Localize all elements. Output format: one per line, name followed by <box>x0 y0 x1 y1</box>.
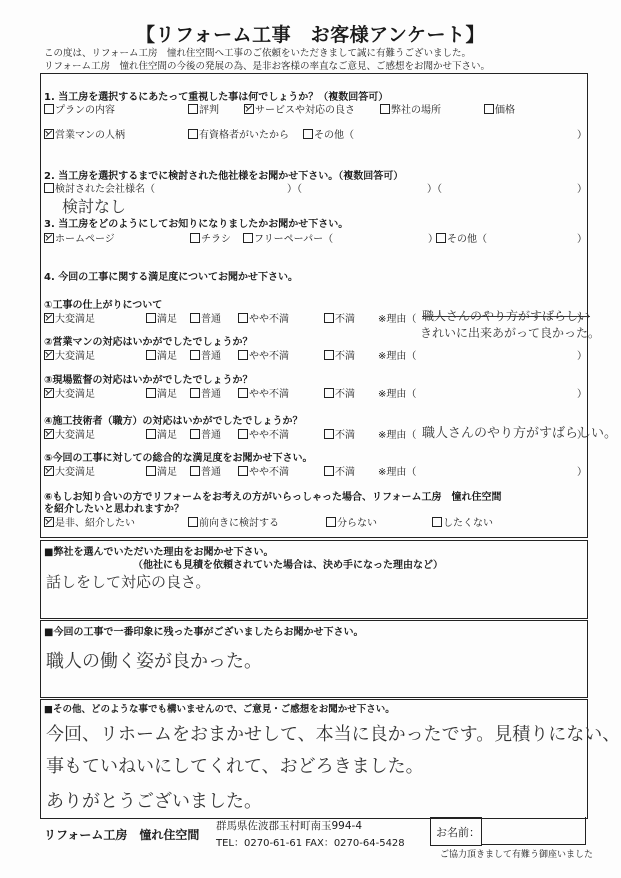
checkbox[interactable] <box>484 104 494 114</box>
q1-option-reputation[interactable]: 評判 <box>188 101 219 116</box>
q2-handwritten-answer[interactable]: 検討なし <box>62 194 126 217</box>
q4-reason-label: ※理由（ <box>378 426 416 441</box>
checkbox[interactable] <box>146 350 156 360</box>
reason-answer[interactable]: 話しをして対応の良さ。 <box>46 571 210 592</box>
q2-paren-1: ）（ <box>287 180 302 195</box>
checkbox[interactable] <box>243 233 253 243</box>
checkbox[interactable] <box>324 466 334 476</box>
q4-item-question: ⑤今回の工事に対しての総合的な満足度をお聞かせ下さい。 <box>44 449 312 464</box>
checkbox[interactable] <box>146 466 156 476</box>
checkbox[interactable] <box>238 429 248 439</box>
checkbox-checked[interactable] <box>244 104 254 114</box>
q4-heading: 4. 今回の工事に関する満足度についてお聞かせ下さい。 <box>44 268 298 283</box>
checkbox[interactable] <box>44 183 54 193</box>
reason-subheading: （他社にも見積を依頼されていた場合は、決め手になった理由など） <box>133 556 443 571</box>
q4-rating-option[interactable]: やや不満 <box>238 347 289 362</box>
q4-item-question: ②営業マンの対応はいかがでしたでしょうか？ <box>44 333 252 348</box>
q4-rating-option[interactable]: 不満 <box>324 310 355 325</box>
q4-rating-option[interactable]: 不満 <box>324 347 355 362</box>
checkbox[interactable] <box>238 388 248 398</box>
name-label: お名前： <box>436 824 480 840</box>
footer-address: 群馬県佐波郡玉村町南玉994-4 <box>216 818 362 833</box>
q3-close: ） <box>577 230 587 245</box>
q4-rating-option[interactable]: 満足 <box>146 385 177 400</box>
q2-paren-2: ）（ <box>427 180 442 195</box>
q3-option-other[interactable]: その他（ <box>436 230 487 245</box>
footer-contact: TEL：0270-61-61 FAX：0270-64-5428 <box>216 834 405 849</box>
q4-rating-option[interactable]: 大変満足 <box>44 385 95 400</box>
checkbox-checked[interactable] <box>44 350 54 360</box>
q4-rating-option[interactable]: 大変満足 <box>44 463 95 478</box>
checkbox[interactable] <box>44 104 54 114</box>
q4-item-question: ①工事の仕上がりについて <box>44 296 162 311</box>
checkbox[interactable] <box>190 313 200 323</box>
q4-rating-option[interactable]: やや不満 <box>238 385 289 400</box>
checkbox[interactable] <box>188 517 198 527</box>
q2-close: ） <box>577 180 587 195</box>
checkbox[interactable] <box>238 350 248 360</box>
q3-option-flyer[interactable]: チラシ <box>190 230 231 245</box>
checkbox-checked[interactable] <box>44 313 54 323</box>
checkbox[interactable] <box>146 313 156 323</box>
comments-answer-line-3[interactable]: ありがとうございました。 <box>46 787 262 813</box>
checkbox-checked[interactable] <box>44 429 54 439</box>
q4-reason-label: ※理由（ <box>378 463 416 478</box>
q4-rating-option[interactable]: 大変満足 <box>44 426 95 441</box>
thanks-note: ご協力頂きまして有難う御座いました <box>440 847 593 860</box>
checkbox[interactable] <box>190 350 200 360</box>
q4-rating-option[interactable]: 普通 <box>190 385 221 400</box>
checkbox[interactable] <box>324 388 334 398</box>
checkbox[interactable] <box>238 313 248 323</box>
q1-option-sales-personality[interactable]: 営業マンの人柄 <box>44 126 125 141</box>
checkbox[interactable] <box>238 466 248 476</box>
q4-rating-option[interactable]: 不満 <box>324 385 355 400</box>
q4-item-question: ④施工技術者（職方）の対応はいかがでしたでしょうか？ <box>44 412 302 427</box>
q4-rating-option[interactable]: 普通 <box>190 426 221 441</box>
q1-option-price[interactable]: 価格 <box>484 101 515 116</box>
checkbox[interactable] <box>432 517 442 527</box>
q3-question: 3. 当工房をどのようにしてお知りになりましたかお聞かせ下さい。 <box>44 215 348 230</box>
q1-option-other[interactable]: その他（ <box>303 126 354 141</box>
q4-rating-option[interactable]: やや不満 <box>238 426 289 441</box>
q4-rating-option[interactable]: 不満 <box>324 463 355 478</box>
survey-title: 【リフォーム工事 お客様アンケート】 <box>0 20 621 47</box>
q4-reason-label: ※理由（ <box>378 385 416 400</box>
checkbox[interactable] <box>188 129 198 139</box>
q4-rating-option[interactable]: 普通 <box>190 463 221 478</box>
q4-rating-option[interactable]: 普通 <box>190 347 221 362</box>
q4-reason-struck[interactable]: 職人さんのやり方がすばらしい <box>422 307 590 324</box>
q6-option-no[interactable]: したくない <box>432 514 493 529</box>
q4-rating-option[interactable]: 満足 <box>146 426 177 441</box>
q6-option-recommend[interactable]: 是非、紹介したい <box>44 514 135 529</box>
q6-option-consider[interactable]: 前向きに検討する <box>188 514 279 529</box>
q4-reason-close: ） <box>577 347 587 362</box>
q2-option-companies[interactable]: 検討された会社様名（ <box>44 180 155 195</box>
q4-reason-close: ） <box>577 385 587 400</box>
checkbox[interactable] <box>146 429 156 439</box>
checkbox[interactable] <box>188 104 198 114</box>
q1-option-service[interactable]: サービスや対応の良さ <box>244 101 355 116</box>
q4-rating-option[interactable]: やや不満 <box>238 310 289 325</box>
checkbox[interactable] <box>324 350 334 360</box>
checkbox[interactable] <box>190 429 200 439</box>
q4-reason-label: ※理由（ <box>378 347 416 362</box>
q1-option-qualified[interactable]: 有資格者がいたから <box>188 126 289 141</box>
checkbox[interactable] <box>324 313 334 323</box>
comments-answer-line-1[interactable]: 今回、リホームをおまかせして、本当に良かったです。見積りにない、 <box>46 720 620 746</box>
q6-option-unsure[interactable]: 分らない <box>326 514 377 529</box>
impression-answer[interactable]: 職人の働く姿が良かった。 <box>46 647 262 673</box>
q4-rating-option[interactable]: 満足 <box>146 463 177 478</box>
checkbox[interactable] <box>326 517 336 527</box>
checkbox-checked[interactable] <box>44 233 54 243</box>
checkbox-checked[interactable] <box>44 466 54 476</box>
impression-heading: ■今回の工事で一番印象に残った事がございましたらお聞かせ下さい。 <box>44 623 363 638</box>
comments-heading: ■その他、どのような事でも構いませんので、ご意見・ご感想をお聞かせ下さい。 <box>44 701 395 715</box>
q4-item-question: ③現場監督の対応はいかがでしたでしょうか？ <box>44 371 252 386</box>
checkbox[interactable] <box>190 233 200 243</box>
checkbox[interactable] <box>190 466 200 476</box>
q4-rating-option[interactable]: 満足 <box>146 347 177 362</box>
q4-rating-option[interactable]: 満足 <box>146 310 177 325</box>
intro-line-2: リフォーム工房 憧れ住空間の今後の発展の為、是非お客様の率直なご意見、ご感想をお… <box>44 58 490 72</box>
checkbox[interactable] <box>436 233 446 243</box>
checkbox-checked[interactable] <box>44 388 54 398</box>
q4-reason-handwritten[interactable]: 職人さんのやり方がすばらしい。 <box>422 422 617 441</box>
q3-option-freepaper[interactable]: フリーペーパー（ <box>243 230 333 245</box>
footer-company-name: リフォーム工房 憧れ住空間 <box>44 826 199 843</box>
q4-rating-option[interactable]: 大変満足 <box>44 310 95 325</box>
checkbox-checked[interactable] <box>44 517 54 527</box>
checkbox[interactable] <box>190 388 200 398</box>
q4-reason-handwritten[interactable]: きれいに出来あがって良かった。 <box>420 324 600 341</box>
checkbox[interactable] <box>380 104 390 114</box>
checkbox[interactable] <box>146 388 156 398</box>
comments-answer-line-2[interactable]: 事もていねいにしてくれて、おどろきました。 <box>46 752 424 778</box>
q1-option-plan[interactable]: プランの内容 <box>44 101 115 116</box>
name-field[interactable] <box>481 817 586 845</box>
q4-rating-option[interactable]: やや不満 <box>238 463 289 478</box>
checkbox[interactable] <box>303 129 313 139</box>
q1-option-location[interactable]: 弊社の場所 <box>380 101 441 116</box>
q1-other-close: ） <box>577 126 587 141</box>
checkbox-checked[interactable] <box>44 129 54 139</box>
q4-rating-option[interactable]: 普通 <box>190 310 221 325</box>
checkbox[interactable] <box>324 429 334 439</box>
intro-line-1: この度は、リフォーム工房 憧れ住空間へ工事のご依頼をいただきまして誠に有難うござ… <box>44 45 471 59</box>
q4-rating-option[interactable]: 不満 <box>324 426 355 441</box>
q4-reason-close: ） <box>577 463 587 478</box>
q6-question-line-2: を紹介したいと思われますか？ <box>44 500 184 515</box>
q4-rating-option[interactable]: 大変満足 <box>44 347 95 362</box>
q4-reason-label: ※理由（ <box>378 310 416 325</box>
q3-option-homepage[interactable]: ホームページ <box>44 230 115 245</box>
